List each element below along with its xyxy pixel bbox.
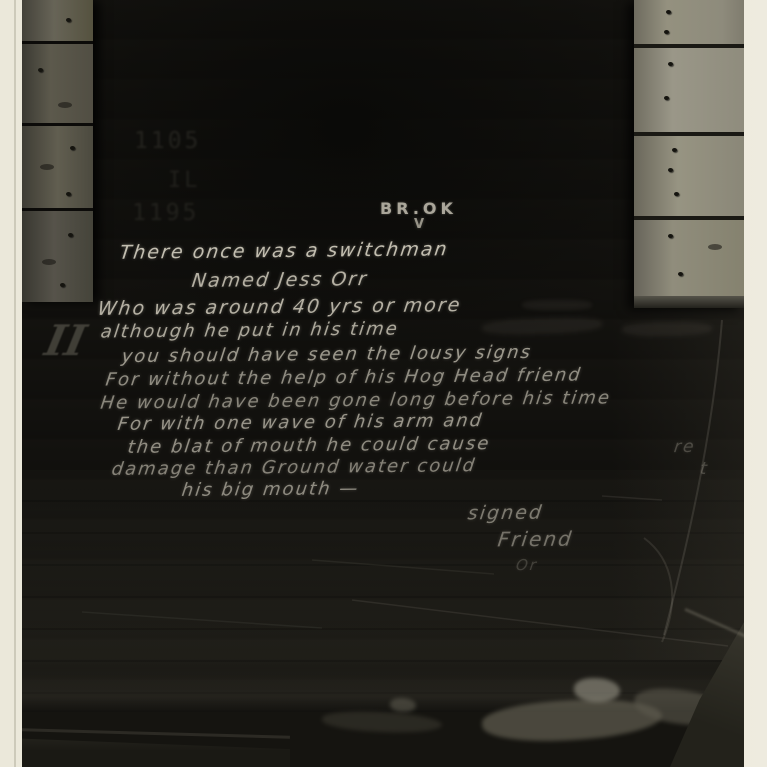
crumpled-debris — [574, 678, 620, 702]
crumpled-debris — [390, 698, 416, 712]
photograph: 1105 IL 1195 II BR.OK V There once was a… — [22, 0, 744, 767]
photo-mount: 1105 IL 1195 II BR.OK V There once was a… — [0, 0, 767, 767]
mount-crease — [14, 0, 16, 767]
wall-scratches — [22, 0, 744, 767]
